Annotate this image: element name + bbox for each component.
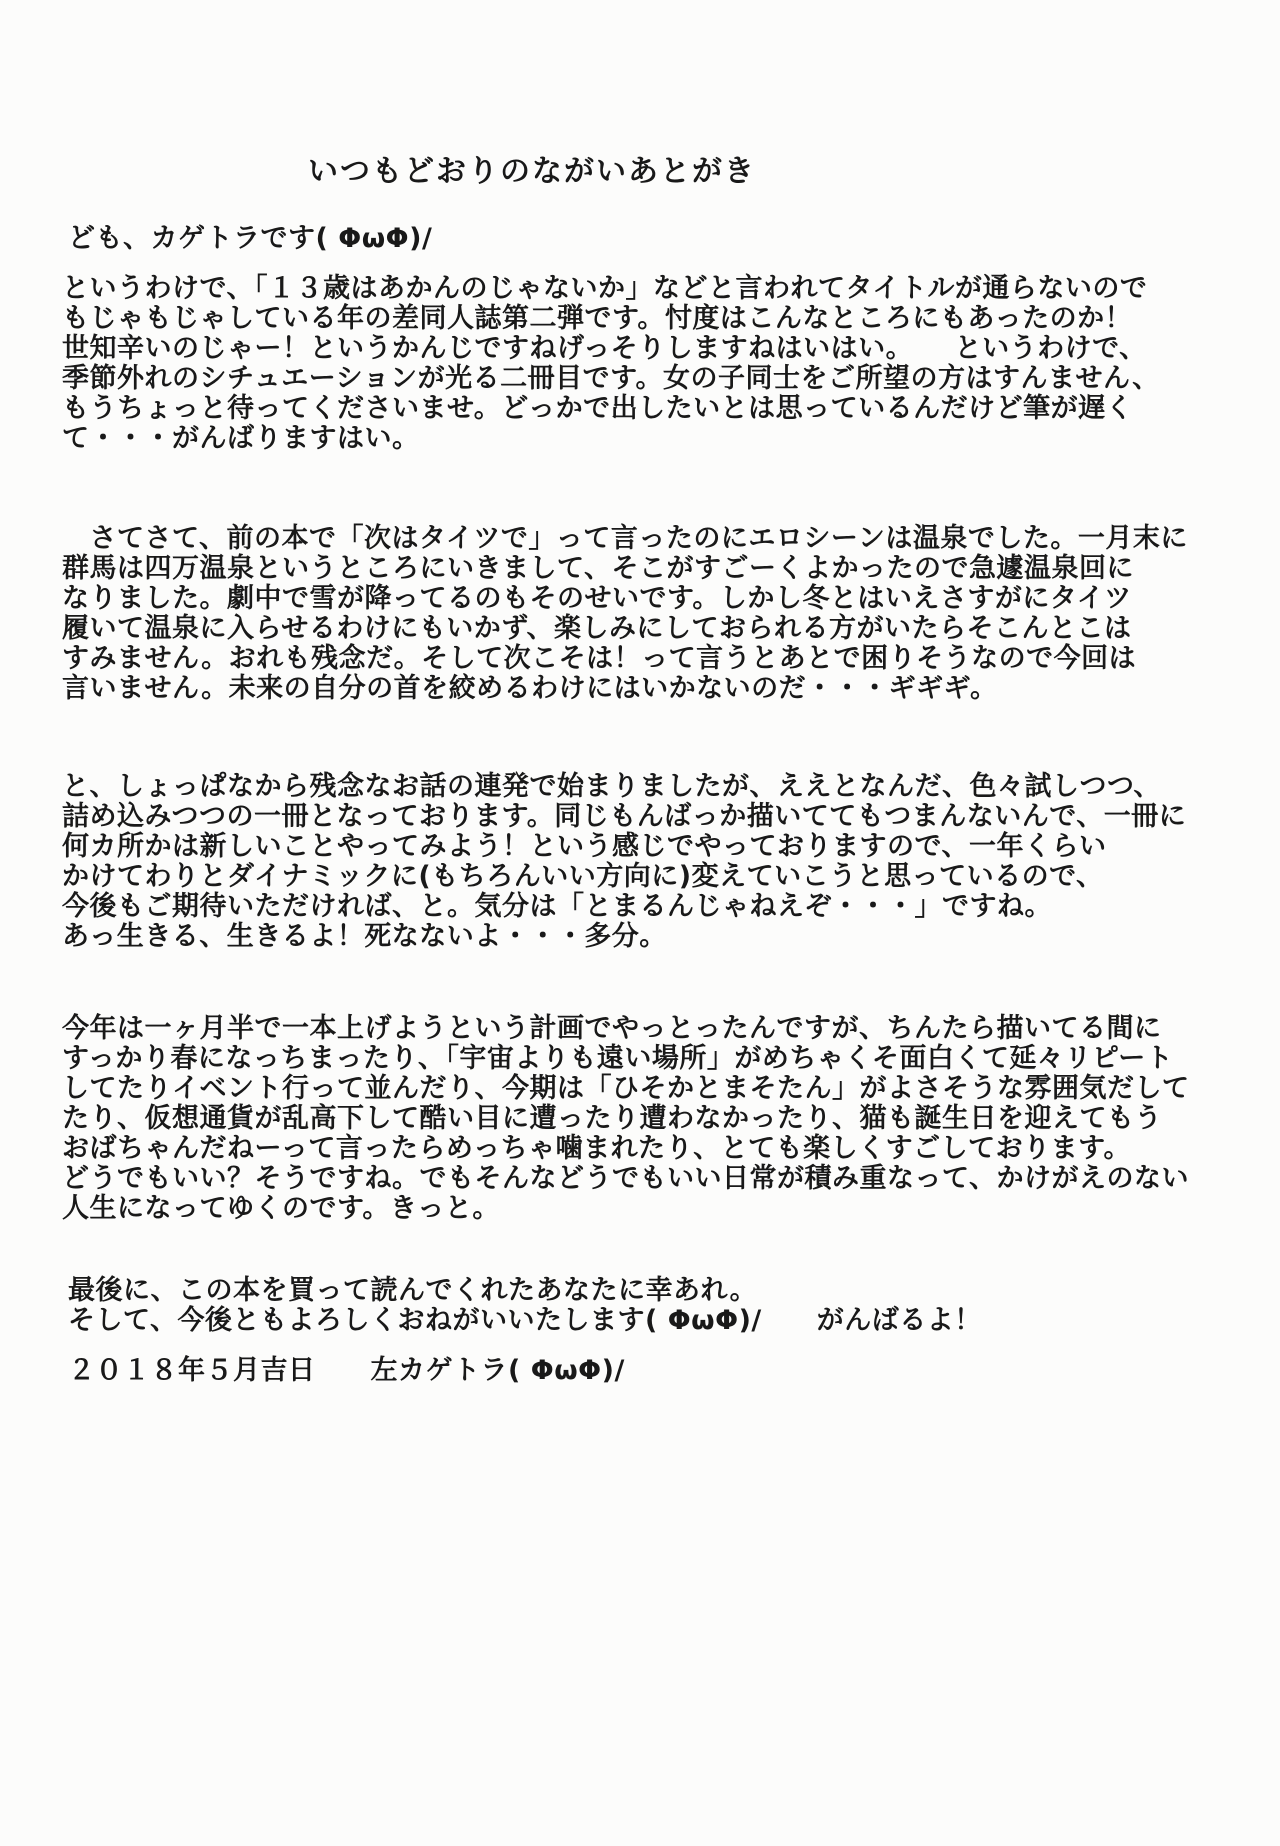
paragraph-onsen-story: さてさて、前の本で「次はタイツで」って言ったのにエロシーンは温泉でした。一月末に… — [62, 524, 1188, 704]
paragraph-intro: というわけで、「１３歳はあかんのじゃないか」などと言われてタイトルが通らないので… — [62, 274, 1160, 454]
date-signature-line: ２０１８年５月吉日 左カゲトラ( ΦωΦ)/ — [68, 1356, 625, 1386]
afterword-page: いつもどおりのながいあとがき ども、カゲトラです( ΦωΦ)/ というわけで、「… — [0, 0, 1280, 1846]
greeting-line: ども、カゲトラです( ΦωΦ)/ — [68, 224, 432, 254]
paragraph-daily-life: 今年は一ヶ月半で一本上げようという計画でやっとったんですが、ちんたら描いてる間に… — [62, 1014, 1190, 1224]
afterword-title: いつもどおりのながいあとがき — [0, 146, 1064, 190]
closing-thanks: 最後に、この本を買って読んでくれたあなたに幸あれ。 そして、今後ともよろしくおね… — [68, 1276, 982, 1336]
paragraph-book-direction: と、しょっぱなから残念なお話の連発で始まりましたが、ええとなんだ、色々試しつつ、… — [62, 772, 1186, 952]
